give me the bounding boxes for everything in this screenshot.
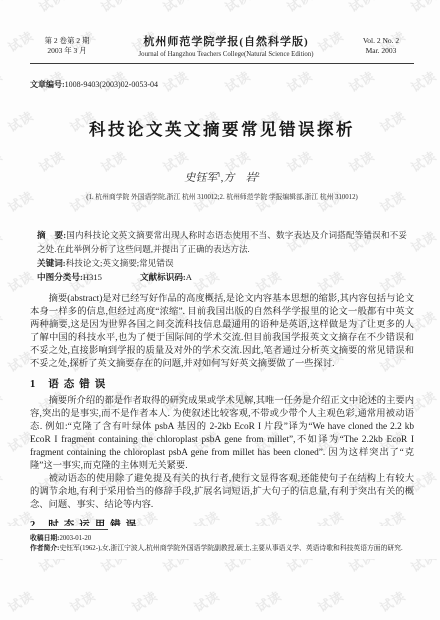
article-id-line: 文章编号:1008-9403(2003)02-0053-04 [30,79,414,90]
page-content: 第 2 卷第 2 期 2003 年 3 月 杭州师范学院学报(自然科学版) Jo… [0,33,440,562]
footnote-received-date: 2003-01-20 [59,535,91,542]
author-name-2: 方 岩 [223,172,256,184]
watermark-text: 试读 [314,586,346,616]
journal-header: 第 2 卷第 2 期 2003 年 3 月 杭州师范学院学报(自然科学版) Jo… [30,33,414,64]
journal-vol-en: Vol. 2 No. 2 [348,36,414,46]
footnote-bio-line: 作者简介:史钰军(1962-),女,浙江宁波人,杭州商学院外国语学院副教授,硕士… [30,544,414,554]
clc-label: 中图分类号: [37,272,83,282]
footnote-received-label: 收稿日期: [30,535,59,542]
watermark-text: 试读 [0,0,6,16]
watermark-text: 试读 [283,0,315,16]
clc-value: H315 [83,272,102,282]
watermark-text: 试读 [345,0,377,16]
author-name-1: 史钰军 [184,172,217,184]
section-1-number: 1 [30,379,35,390]
watermark-text: 试读 [4,586,36,616]
journal-title-cn: 杭州师范学院学报(自然科学版) [104,33,348,49]
watermark-text: 试读 [97,0,129,16]
watermark-text: 试读 [221,0,253,16]
section-1-paragraph-1: 摘要所介绍的都是作者取得的研究成果或学术见解,其唯一任务是介绍正文中论述的主要内… [30,395,414,473]
watermark-text: 试读 [66,586,98,616]
footnote-bio-text: 史钰军(1962-),女,浙江宁波人,杭州商学院外国语学院副教授,硕士,主要从事… [59,545,402,552]
abstract-row: 摘 要:国内科技论文英文摘要常出现人称时态语态使用不当、数字表达及介词搭配等错误… [37,228,407,256]
watermark-text: 试读 [376,586,408,616]
article-id-value: 1008-9403(2003)02-0053-04 [65,80,158,89]
footnote-bio-label: 作者简介: [30,545,59,552]
journal-issue-cn: 第 2 卷第 2 期 [30,36,104,46]
abstract-text: 国内科技论文英文摘要常出现人称时态语态使用不当、数字表达及介词搭配等错误和不妥之… [37,230,407,254]
footnote-block: 收稿日期:2003-01-20 作者简介:史钰军(1962-),女,浙江宁波人,… [0,526,440,559]
journal-title-en: Journal of Hangzhou Teachers College(Nat… [104,51,348,58]
journal-title-block: 杭州师范学院学报(自然科学版) Journal of Hangzhou Teac… [104,33,348,58]
watermark-text: 试读 [407,0,439,16]
watermark-text: 试读 [159,0,191,16]
keywords-row: 关键词:科技论文;英文摘要;常见错误 [37,256,407,270]
watermark-text: 试读 [35,0,67,16]
watermark-text: 试读 [128,586,160,616]
doc-code-label: 文献标识码: [140,272,186,282]
article-id-label: 文章编号: [30,80,65,89]
abstract-label: 摘 要: [37,230,66,240]
intro-paragraph: 摘要(abstract)是对已经写好作品的高度概括,是论文内容基本思想的缩影,其… [30,293,414,371]
affiliation-line: (1. 杭州商学院 外国语学院,浙江 杭州 310012;2. 杭州师范学院 学… [30,191,414,201]
footnote-received-line: 收稿日期:2003-01-20 [30,534,414,544]
keywords-label: 关键词: [37,258,66,268]
keywords-text: 科技论文;英文摘要;常见错误 [66,258,174,268]
classification-row: 中图分类号:H315文献标识码:A [37,270,407,284]
journal-date-en: Mar. 2003 [348,46,414,56]
footnote-divider [30,529,108,530]
section-1-paragraph-2: 被动语态的使用除了避免提及有关的执行者,使行文显得客观,还能使句子在结构上有较大… [30,473,414,512]
watermark-text: 试读 [190,586,222,616]
article-title: 科技论文英文摘要常见错误探析 [30,116,414,140]
journal-page: 试读试读试读试读试读试读试读试读试读试读试读试读试读试读试读试读试读试读试读试读… [0,0,440,620]
journal-date-cn: 2003 年 3 月 [30,46,104,56]
watermark-text: 试读 [252,586,284,616]
author-sup-2: 2 [256,171,259,178]
section-1-title: 语态错误 [48,379,110,390]
authors-line: 史钰军1,方 岩2 [30,169,414,185]
doc-code-value: A [186,272,192,282]
section-1-heading: 1语态错误 [30,376,414,391]
abstract-block: 摘 要:国内科技论文英文摘要常出现人称时态语态使用不当、数字表达及介词搭配等错误… [30,228,414,284]
journal-issue-block: 第 2 卷第 2 期 2003 年 3 月 [30,36,104,55]
journal-volume-block: Vol. 2 No. 2 Mar. 2003 [348,36,414,55]
